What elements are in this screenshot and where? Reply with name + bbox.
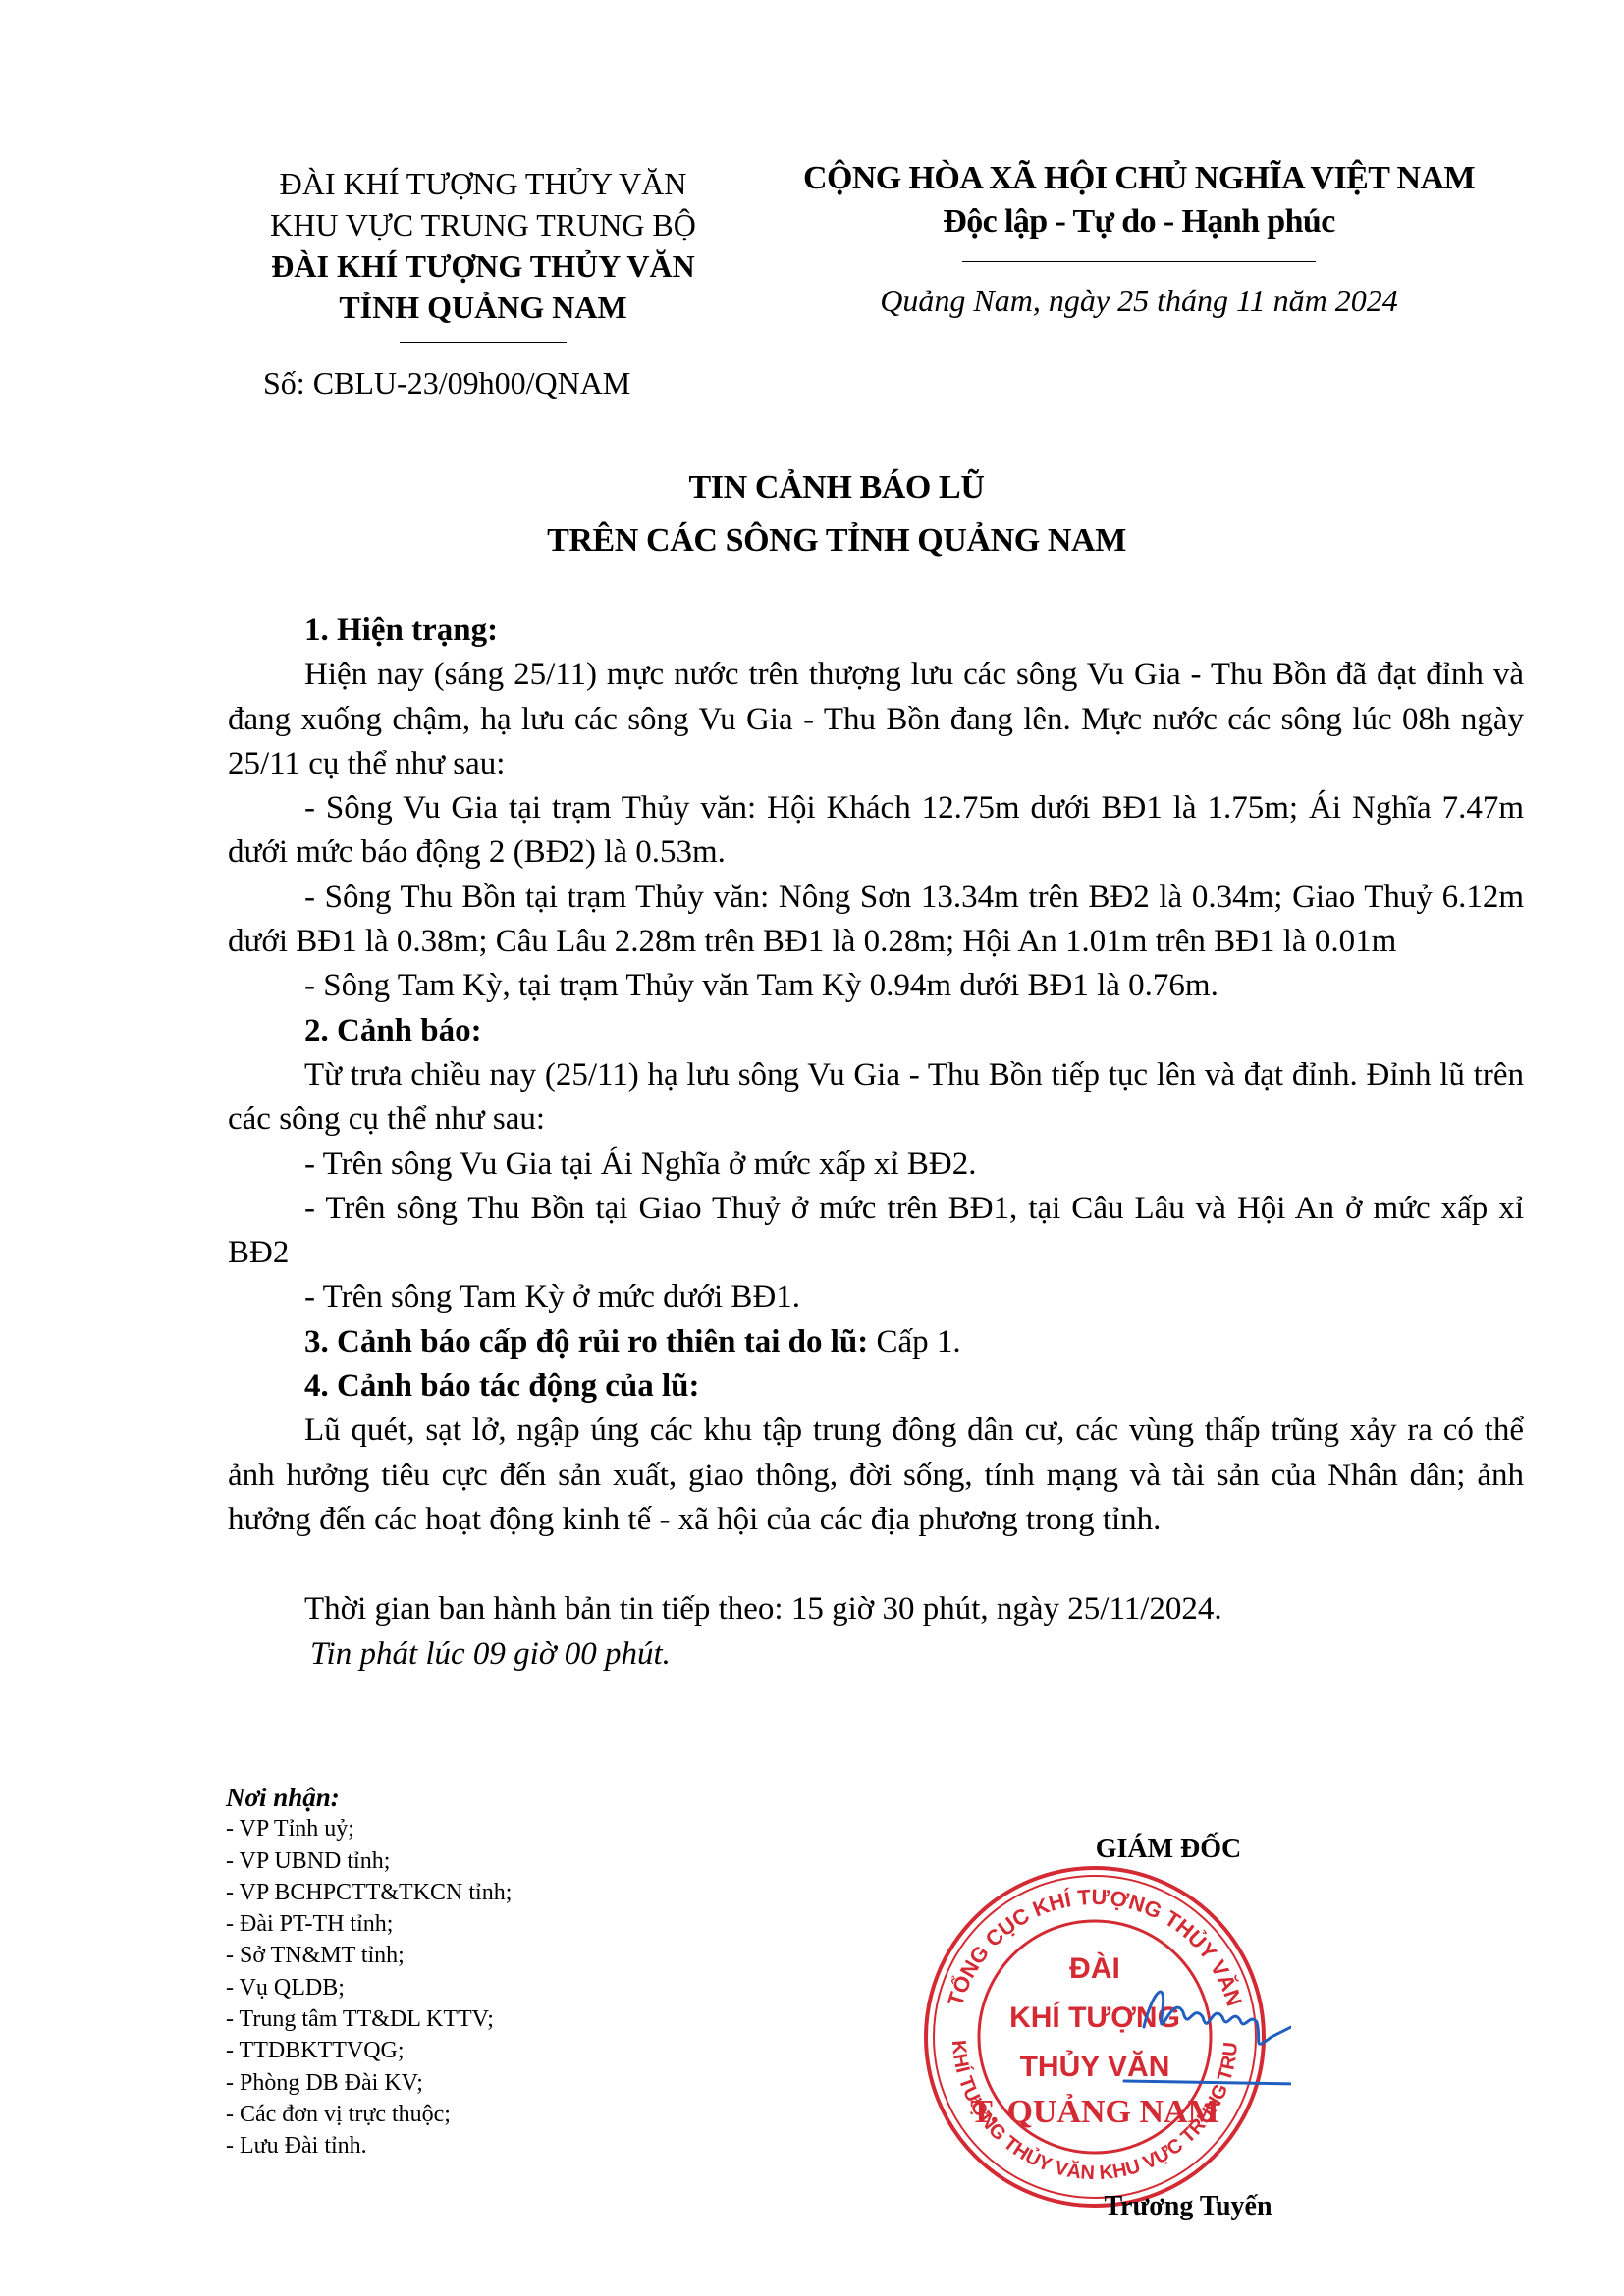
place-date: Quảng Nam, ngày 25 tháng 11 năm 2024 <box>766 283 1512 319</box>
recipients-list: Nơi nhận: - VP Tỉnh uỷ; - VP UBND tỉnh; … <box>226 1782 512 2163</box>
official-stamp-icon: TỔNG CỤC KHÍ TƯỢNG THỦY VĂN ★ ĐÀI KHÍ TƯ… <box>898 1845 1291 2218</box>
section-2-thubon: - Trên sông Thu Bồn tại Giao Thuỷ ở mức … <box>228 1187 1524 1276</box>
recipient-item: - VP Tỉnh uỷ; <box>226 1813 512 1844</box>
section-1-tamky: - Sông Tam Kỳ, tại trạm Thủy văn Tam Kỳ … <box>228 964 1524 1008</box>
stamp-line2: KHÍ TƯỢNG <box>1009 2001 1180 2034</box>
agency-parent-line1: ĐÀI KHÍ TƯỢNG THỦY VĂN <box>228 163 738 204</box>
stamp-line3: THỦY VĂN <box>1020 2050 1170 2083</box>
recipient-item: - VP BCHPCTT&TKCN tỉnh; <box>226 1877 512 1908</box>
recipient-item: - Vụ QLDB; <box>226 1972 512 2003</box>
section-1-heading: 1. Hiện trạng: <box>228 609 1524 653</box>
risk-level-value: Cấp 1. <box>868 1324 960 1360</box>
section-1-paragraph: Hiện nay (sáng 25/11) mực nước trên thượ… <box>228 653 1524 786</box>
agency-name-line2: TỈNH QUẢNG NAM <box>228 287 738 328</box>
stamp-line4: T. QUẢNG NAM <box>970 2093 1218 2130</box>
recipient-item: - Lưu Đài tỉnh. <box>226 2130 512 2162</box>
motto-divider <box>962 261 1316 262</box>
recipient-item: - Sở TN&MT tỉnh; <box>226 1940 512 1971</box>
national-motto: Độc lập - Tự do - Hạnh phúc <box>766 200 1512 243</box>
section-2-heading: 2. Cảnh báo: <box>228 1009 1524 1053</box>
section-2-vugia: - Trên sông Vu Gia tại Ái Nghĩa ở mức xấ… <box>228 1143 1524 1187</box>
section-4-paragraph: Lũ quét, sạt lở, ngập úng các khu tập tr… <box>228 1409 1524 1542</box>
document-page: ĐÀI KHÍ TƯỢNG THỦY VĂN KHU VỰC TRUNG TRU… <box>0 0 1624 2296</box>
issued-time: Tin phát lúc 09 giờ 00 phút. <box>228 1632 1524 1677</box>
section-2-tamky: - Trên sông Tam Kỳ ở mức dưới BĐ1. <box>228 1275 1524 1319</box>
section-1-thubon: - Sông Thu Bồn tại trạm Thủy văn: Nông S… <box>228 876 1524 965</box>
signer-name: Trương Tuyến <box>1021 2191 1355 2222</box>
section-1-vugia: - Sông Vu Gia tại trạm Thủy văn: Hội Khá… <box>228 786 1524 876</box>
spacer <box>228 1542 1524 1587</box>
agency-name-line1: ĐÀI KHÍ TƯỢNG THỦY VĂN <box>228 245 738 287</box>
header-divider <box>400 342 567 343</box>
section-4-heading: 4. Cảnh báo tác động của lũ: <box>228 1364 1524 1409</box>
recipients-label: Nơi nhận: <box>226 1782 512 1813</box>
section-2-paragraph: Từ trưa chiều nay (25/11) hạ lưu sông Vu… <box>228 1053 1524 1143</box>
title-line1: TIN CẢNH BÁO LŨ <box>228 461 1445 514</box>
title-line2: TRÊN CÁC SÔNG TỈNH QUẢNG NAM <box>228 514 1445 567</box>
document-body: 1. Hiện trạng: Hiện nay (sáng 25/11) mực… <box>228 609 1524 1677</box>
section-3: 3. Cảnh báo cấp độ rủi ro thiên tai do l… <box>228 1320 1524 1364</box>
recipient-item: - Trung tâm TT&DL KTTV; <box>226 2003 512 2035</box>
issuing-agency-header: ĐÀI KHÍ TƯỢNG THỦY VĂN KHU VỰC TRUNG TRU… <box>228 163 738 343</box>
country-name: CỘNG HÒA XÃ HỘI CHỦ NGHĨA VIỆT NAM <box>766 157 1512 200</box>
recipient-item: - VP UBND tỉnh; <box>226 1845 512 1877</box>
national-motto-header: CỘNG HÒA XÃ HỘI CHỦ NGHĨA VIỆT NAM Độc l… <box>766 157 1512 262</box>
document-title: TIN CẢNH BÁO LŨ TRÊN CÁC SÔNG TỈNH QUẢNG… <box>228 461 1445 567</box>
section-3-heading: 3. Cảnh báo cấp độ rủi ro thiên tai do l… <box>304 1324 868 1360</box>
agency-parent-line2: KHU VỰC TRUNG TRUNG BỘ <box>228 204 738 245</box>
recipient-item: - Phòng DB Đài KV; <box>226 2067 512 2099</box>
recipient-item: - Đài PT-TH tỉnh; <box>226 1908 512 1940</box>
recipient-item: - TTDBKTTVQG; <box>226 2035 512 2066</box>
next-bulletin-time: Thời gian ban hành bản tin tiếp theo: 15… <box>228 1587 1524 1631</box>
document-number: Số: CBLU-23/09h00/QNAM <box>263 365 630 401</box>
stamp-line1: ĐÀI <box>1069 1951 1120 1985</box>
recipient-item: - Các đơn vị trực thuộc; <box>226 2099 512 2130</box>
